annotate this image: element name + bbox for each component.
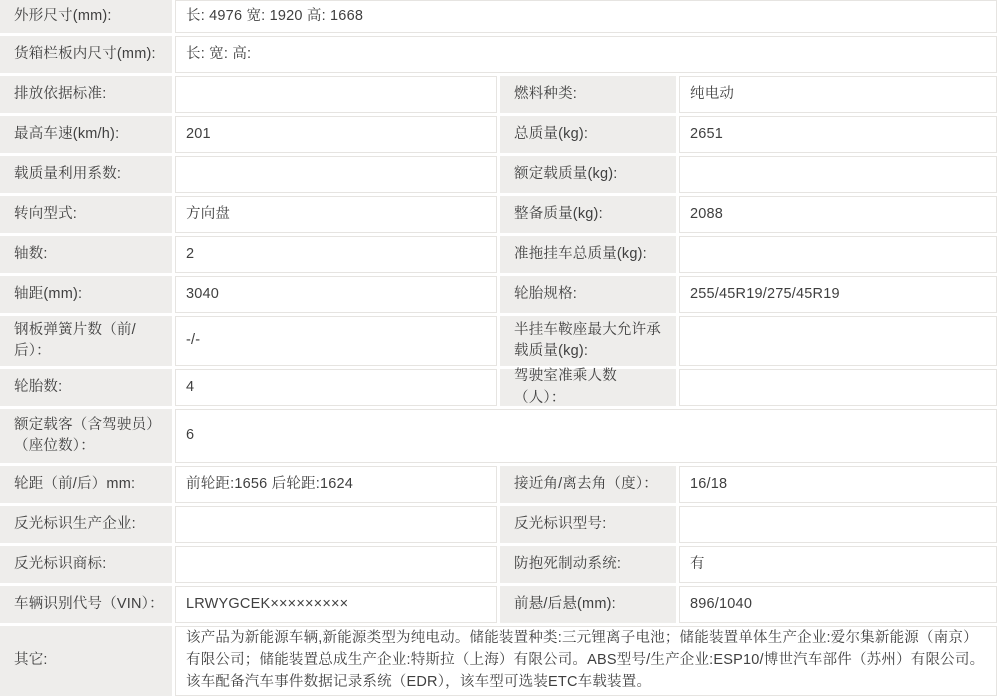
spec-value-cell: [175, 546, 497, 583]
spec-label-cell: 其它:: [0, 626, 172, 696]
spec-label-cell: 燃料种类:: [500, 76, 676, 113]
vehicle-spec-table: 外形尺寸(mm):长: 4976 宽: 1920 高: 1668货箱栏板内尺寸(…: [0, 0, 997, 696]
spec-value-cell: [175, 156, 497, 193]
spec-label-cell: 接近角/离去角（度）：: [500, 466, 676, 503]
spec-value-cell: 方向盘: [175, 196, 497, 233]
spec-label-cell: 轴距(mm):: [0, 276, 172, 313]
spec-label-cell: 防抱死制动系统:: [500, 546, 676, 583]
spec-label-cell: 反光标识商标:: [0, 546, 172, 583]
spec-value-cell: 2088: [679, 196, 997, 233]
spec-value-cell: LRWYGCEK×××××××××: [175, 586, 497, 623]
spec-label-cell: 准拖挂车总质量(kg):: [500, 236, 676, 273]
spec-value-cell: [679, 316, 997, 366]
spec-label-cell: 外形尺寸(mm):: [0, 0, 172, 33]
spec-value-cell: [679, 506, 997, 543]
spec-label-cell: 排放依据标准:: [0, 76, 172, 113]
spec-label-cell: 车辆识别代号（VIN）：: [0, 586, 172, 623]
spec-value-cell: [679, 156, 997, 193]
spec-label-cell: 轮胎数:: [0, 369, 172, 406]
spec-label-cell: 前悬/后悬(mm):: [500, 586, 676, 623]
spec-value-cell: 长: 宽: 高:: [175, 36, 997, 73]
spec-label-cell: 反光标识型号:: [500, 506, 676, 543]
spec-label-cell: 轮距（前/后）mm:: [0, 466, 172, 503]
spec-label-cell: 额定载质量(kg):: [500, 156, 676, 193]
spec-label-cell: 货箱栏板内尺寸(mm):: [0, 36, 172, 73]
spec-value-cell: 16/18: [679, 466, 997, 503]
spec-value-cell: 有: [679, 546, 997, 583]
spec-label-cell: 半挂车鞍座最大允许承载质量(kg):: [500, 316, 676, 366]
spec-value-cell: 3040: [175, 276, 497, 313]
spec-label-cell: 轮胎规格:: [500, 276, 676, 313]
spec-value-cell: 该产品为新能源车辆,新能源类型为纯电动。储能装置种类:三元锂离子电池；储能装置单…: [175, 626, 997, 696]
spec-label-cell: 轴数:: [0, 236, 172, 273]
spec-value-cell: 前轮距:1656 后轮距:1624: [175, 466, 497, 503]
spec-value-cell: 896/1040: [679, 586, 997, 623]
spec-value-cell: 6: [175, 409, 997, 463]
spec-value-cell: 2: [175, 236, 497, 273]
spec-value-cell: 4: [175, 369, 497, 406]
spec-label-cell: 驾驶室准乘人数（人）：: [500, 369, 676, 406]
spec-value-cell: [679, 369, 997, 406]
spec-value-cell: [679, 236, 997, 273]
spec-label-cell: 转向型式:: [0, 196, 172, 233]
spec-value-cell: 纯电动: [679, 76, 997, 113]
spec-value-cell: [175, 506, 497, 543]
spec-value-cell: 255/45R19/275/45R19: [679, 276, 997, 313]
spec-value-cell: -/-: [175, 316, 497, 366]
spec-label-cell: 额定载客（含驾驶员）（座位数）：: [0, 409, 172, 463]
spec-value-cell: [175, 76, 497, 113]
spec-label-cell: 最高车速(km/h):: [0, 116, 172, 153]
spec-label-cell: 总质量(kg):: [500, 116, 676, 153]
spec-label-cell: 整备质量(kg):: [500, 196, 676, 233]
spec-label-cell: 载质量利用系数:: [0, 156, 172, 193]
spec-value-cell: 201: [175, 116, 497, 153]
spec-label-cell: 反光标识生产企业:: [0, 506, 172, 543]
spec-label-cell: 钢板弹簧片数（前/后）：: [0, 316, 172, 366]
spec-value-cell: 长: 4976 宽: 1920 高: 1668: [175, 0, 997, 33]
spec-value-cell: 2651: [679, 116, 997, 153]
